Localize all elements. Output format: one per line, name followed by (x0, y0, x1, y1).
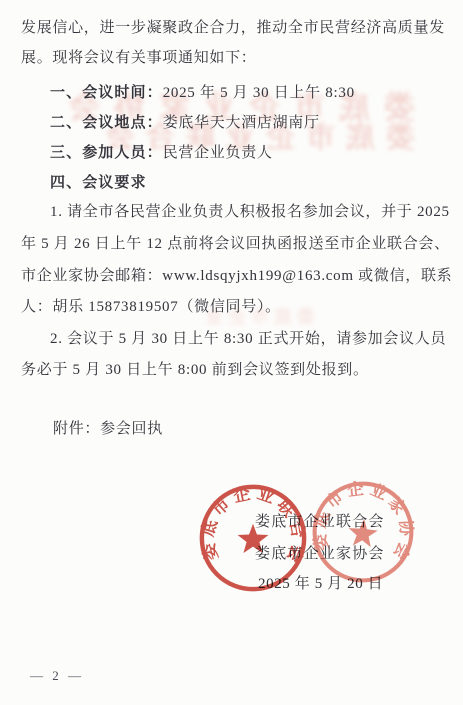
attachment-line: 附件：参会回执 (53, 417, 463, 437)
official-seal-association: 娄底市企业家协会 (302, 471, 423, 592)
requirement-1-line-3: 市企业家协会邮箱：www.ldsqyjxh199@163.com 或微信，联系 (21, 264, 456, 284)
requirement-2-line-1: 2. 会议于 5 月 30 日上午 8:30 正式开始，请参加会议人员 (50, 327, 463, 347)
page-number: — 2 — (30, 668, 84, 684)
requirement-2-line-2: 务必于 5 月 30 日上午 8:00 前到会议签到处报到。 (21, 358, 456, 378)
participants-label: 三、参加人员： (50, 144, 163, 161)
meeting-time-label: 一、会议时间： (50, 84, 163, 101)
meeting-location-value: 娄底华天大酒店湖南厅 (163, 115, 320, 131)
item-meeting-location: 二、会议地点：娄底华天大酒店湖南厅 (50, 111, 463, 131)
seal-star-icon (347, 518, 378, 548)
scanned-notice-page: 娄底市企业家协会 娄底市企业联合会 娄底市企业 发展信心，进一步凝聚政企合力，推… (0, 0, 463, 705)
official-seal-federation: 娄底市企业联合会 (194, 479, 312, 597)
meeting-time-value: 2025 年 5 月 30 日上午 8:30 (163, 85, 355, 101)
item-meeting-time: 一、会议时间：2025 年 5 月 30 日上午 8:30 (50, 81, 463, 101)
seal-star-icon (238, 524, 269, 553)
intro-line-2: 展。现将会议有关事项通知如下： (21, 46, 456, 66)
participants-value: 民营企业负责人 (163, 145, 273, 161)
meeting-location-label: 二、会议地点： (50, 114, 163, 131)
intro-line-1: 发展信心，进一步凝聚政企合力，推动全市民营经济高质量发 (21, 16, 456, 36)
requirement-1-line-2: 年 5 月 26 日上午 12 点前将会议回执函报送至市企业联合会、 (21, 232, 456, 252)
requirement-1-line-1: 1. 请全市各民营企业负责人积极报名参加会议，并于 2025 (50, 200, 463, 220)
requirements-heading: 四、会议要求 (50, 171, 463, 191)
item-participants: 三、参加人员：民营企业负责人 (50, 141, 463, 161)
requirement-1-line-4: 人：胡乐 15873819507（微信同号）。 (21, 295, 456, 315)
